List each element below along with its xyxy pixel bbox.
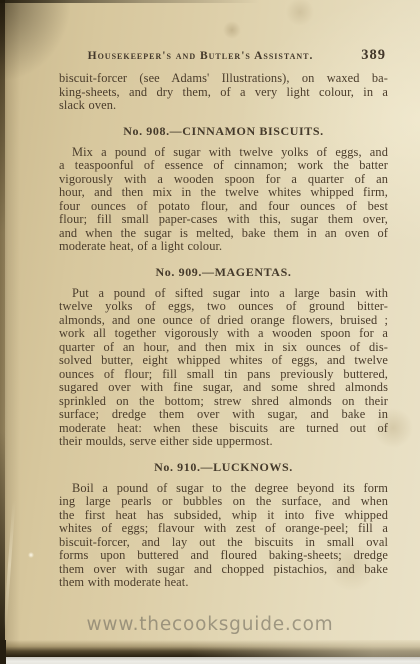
text-line: Put a pound of sifted sugar into a large… xyxy=(59,287,388,301)
left-edge-dark-line xyxy=(0,0,5,664)
text-line: surface; dredge them over with sugar, an… xyxy=(59,408,388,422)
top-left-corner-shadow xyxy=(0,0,70,80)
text-line: sprinkled on the bottom; strew shred alm… xyxy=(59,395,388,409)
text-line: ing large pearls or bubbles on the surfa… xyxy=(59,495,388,509)
recipe-heading-908: No. 908.—CINNAMON BISCUITS. xyxy=(59,125,388,138)
text-line: ounces of flour; fill small tin pans pre… xyxy=(59,368,388,382)
text-line: forms upon buttered and floured baking-s… xyxy=(59,549,388,563)
recipe-paragraph-908: Mix a pound of sugar with twelve yolks o… xyxy=(59,146,388,254)
text-line: biscuit-forcer (see Adams' Illustrations… xyxy=(59,72,388,86)
text-line: twelve yolks of eggs, two ounces of grou… xyxy=(59,300,388,314)
intro-paragraph: biscuit-forcer (see Adams' Illustrations… xyxy=(59,72,388,113)
page-header-title: Housekeeper's and Butler's Assistant. xyxy=(59,50,342,62)
text-line: them over with sugar and chopped pistach… xyxy=(59,563,388,577)
recipe-heading-910: No. 910.—LUCKNOWS. xyxy=(59,461,388,474)
paper-speck xyxy=(28,552,34,558)
recipe-paragraph-909: Put a pound of sifted sugar into a large… xyxy=(59,287,388,449)
text-line: four ounces of potato flour, and four ou… xyxy=(59,200,388,214)
text-line: the first heat has subsided, whip it int… xyxy=(59,509,388,523)
text-line: king-sheets, and dry them, of a very lig… xyxy=(59,86,388,100)
text-line: a teaspoonful of essence of cinnamon; wo… xyxy=(59,159,388,173)
text-line: hour, and then mix in the twelve whites … xyxy=(59,186,388,200)
text-line: slack oven. xyxy=(59,99,388,113)
text-line: Boil a pound of sugar to the degree beyo… xyxy=(59,482,388,496)
text-line: solved butter, eight whipped whites of e… xyxy=(59,354,388,368)
text-line: almonds, and one ounce of dried orange f… xyxy=(59,314,388,328)
text-line: biscuit-forcer, and lay out the biscuits… xyxy=(59,536,388,550)
watermark: www.thecooksguide.com xyxy=(0,614,420,635)
text-line: whites of eggs; flavour with zest of ora… xyxy=(59,522,388,536)
text-column: Housekeeper's and Butler's Assistant. 38… xyxy=(59,50,388,590)
text-line: work all together vigorously with a wood… xyxy=(59,327,388,341)
bottom-edge-shadow-fade xyxy=(189,640,420,657)
text-line: their moulds, serve either side uppermos… xyxy=(59,435,388,449)
text-line: quarter of an hour, and then mix in six … xyxy=(59,341,388,355)
recipe-heading-909: No. 909.—MAGENTAS. xyxy=(59,266,388,279)
text-line: flour; fill small paper-cases with this,… xyxy=(59,213,388,227)
text-line: and when the sugar is melted, bake them … xyxy=(59,227,388,241)
bottom-left-corner-dark xyxy=(0,640,6,664)
scanned-book-page: Housekeeper's and Butler's Assistant. 38… xyxy=(0,0,420,664)
scanner-bed-strip xyxy=(0,657,420,664)
recipe-paragraph-910: Boil a pound of sugar to the degree beyo… xyxy=(59,482,388,590)
text-line: vigorously with a wooden spoon for a qua… xyxy=(59,173,388,187)
text-line: Mix a pound of sugar with twelve yolks o… xyxy=(59,146,388,160)
text-line: them with moderate heat. xyxy=(59,576,388,590)
text-line: moderate heat, of a light colour. xyxy=(59,240,388,254)
text-line: moderate heat: when these biscuits are t… xyxy=(59,422,388,436)
running-header: Housekeeper's and Butler's Assistant. 38… xyxy=(59,50,388,65)
text-line: sugared over with fine sugar, and some s… xyxy=(59,381,388,395)
page-number: 389 xyxy=(361,47,386,64)
